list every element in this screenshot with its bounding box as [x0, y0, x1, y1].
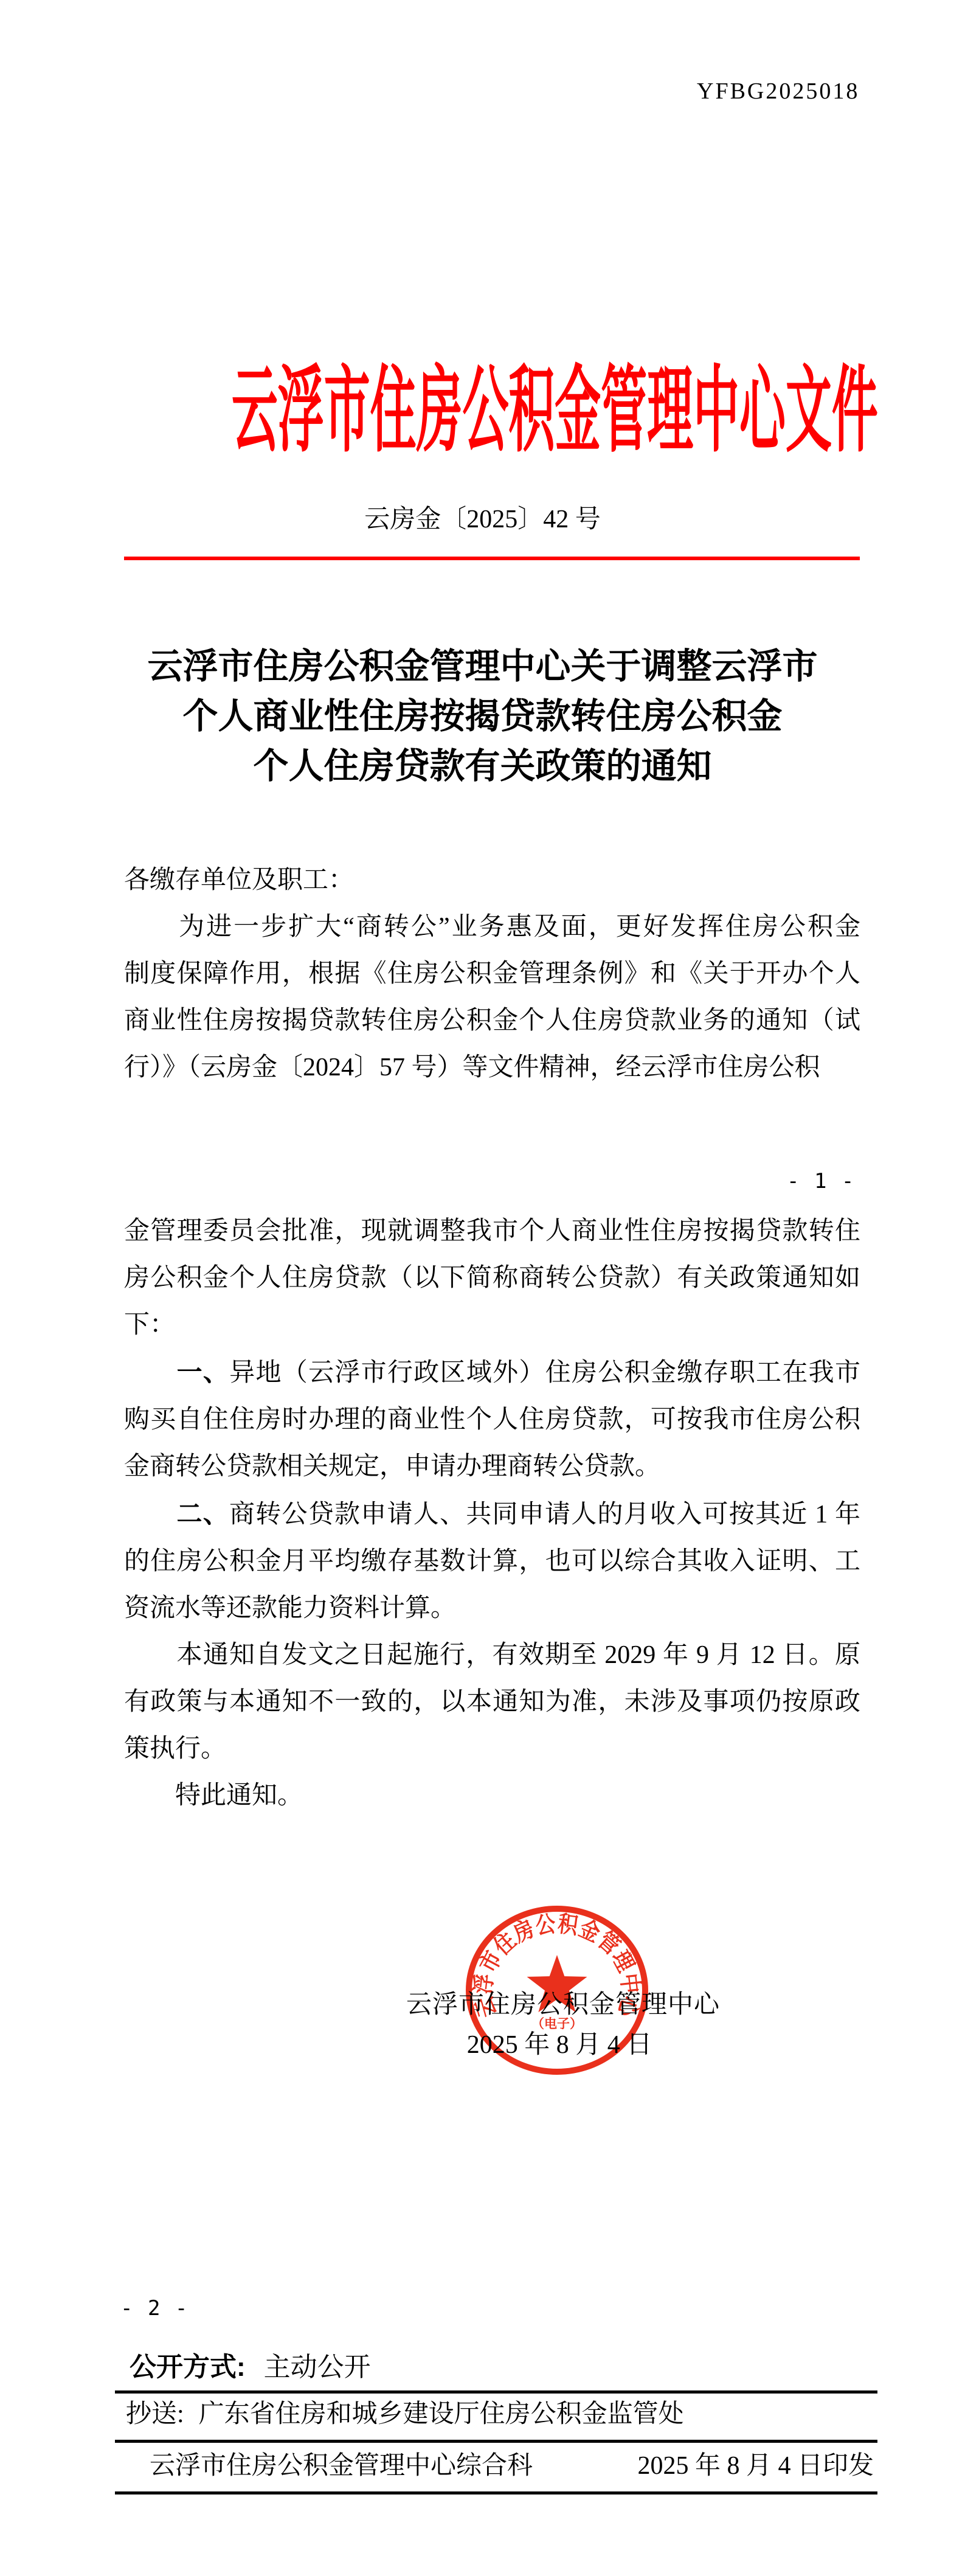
body-line: 金商转公贷款相关规定，申请办理商转公贷款。 [124, 1443, 860, 1490]
footer-rule-3 [115, 2491, 877, 2494]
publish-method-value: 主动公开 [264, 2352, 371, 2382]
body-line: 制度保障作用，根据《住房公积金管理条例》和《关于开办个人 [124, 951, 860, 998]
main-title-line-1: 云浮市住房公积金管理中心关于调整云浮市 [0, 642, 965, 692]
cc-label: 抄送: [126, 2400, 184, 2428]
red-header-title: 云浮市住房公积金管理中心文件 [232, 357, 733, 465]
doc-number: 云房金〔2025〕42 号 [0, 505, 965, 534]
footer-rule-2 [115, 2440, 877, 2443]
footer-publish-row: 公开方式:主动公开 [130, 2352, 371, 2383]
body-line: 房公积金个人住房贷款（以下简称商转公贷款）有关政策通知如 [124, 1255, 860, 1302]
body-line: 行）》（云房金〔2024〕57 号）等文件精神，经云浮市住房公积 [124, 1044, 860, 1091]
body-text-page1: 各缴存单位及职工： 为进一步扩大“商转公”业务惠及面，更好发挥住房公积金制度保障… [124, 857, 860, 1091]
print-date: 2025 年 8 月 4 日印发 [637, 2450, 874, 2482]
page-number-1: - 1 - [787, 1169, 855, 1193]
footer-cc-row: 抄送:广东省住房和城乡建设厅住房公积金监管处 [126, 2398, 684, 2430]
body-line: 下： [124, 1302, 860, 1349]
signature-date: 2025 年 8 月 4 日 [426, 2024, 693, 2061]
footer-rule-1 [115, 2390, 877, 2394]
footer-issuer-row: 云浮市住房公积金管理中心综合科2025 年 8 月 4 日印发 [115, 2450, 877, 2482]
body-line: 二、商转公贷款申请人、共同申请人的月收入可按其近 1 年 [124, 1490, 860, 1538]
body-line: 资流水等还款能力资料计算。 [124, 1585, 860, 1632]
publish-method-label: 公开方式: [130, 2352, 246, 2382]
body-line: 各缴存单位及职工： [124, 857, 860, 904]
cc-value: 广东省住房和城乡建设厅住房公积金监管处 [199, 2400, 684, 2428]
signature-org: 云浮市住房公积金管理中心 [406, 1984, 720, 2021]
red-divider-rule [124, 557, 860, 560]
official-document-page: YFBG2025018 云浮市住房公积金管理中心文件 云房金〔2025〕42 号… [0, 0, 965, 2576]
issuer-name: 云浮市住房公积金管理中心综合科 [150, 2450, 533, 2482]
body-line: 为进一步扩大“商转公”业务惠及面，更好发挥住房公积金 [124, 904, 860, 951]
body-line: 的住房公积金月平均缴存基数计算，也可以综合其收入证明、工 [124, 1538, 860, 1585]
body-line: 策执行。 [124, 1726, 860, 1772]
body-line: 特此通知。 [124, 1772, 860, 1819]
body-line: 一、异地（云浮市行政区域外）住房公积金缴存职工在我市 [124, 1349, 860, 1397]
body-text-page2: 金管理委员会批准，现就调整我市个人商业性住房按揭贷款转住房公积金个人住房贷款（以… [124, 1208, 860, 1819]
page-number-2: - 2 - [120, 2296, 189, 2321]
body-line: 有政策与本通知不一致的，以本通知为准，未涉及事项仍按原政 [124, 1679, 860, 1726]
body-line: 本通知自发文之日起施行，有效期至 2029 年 9 月 12 日。原 [124, 1632, 860, 1679]
main-title: 云浮市住房公积金管理中心关于调整云浮市 个人商业性住房按揭贷款转住房公积金 个人… [0, 642, 965, 791]
body-line: 金管理委员会批准，现就调整我市个人商业性住房按揭贷款转住 [124, 1208, 860, 1255]
body-line: 商业性住房按揭贷款转住房公积金个人住房贷款业务的通知（试 [124, 998, 860, 1044]
body-line: 购买自住住房时办理的商业性个人住房贷款，可按我市住房公积 [124, 1397, 860, 1443]
main-title-line-3: 个人住房贷款有关政策的通知 [0, 741, 965, 791]
main-title-line-2: 个人商业性住房按揭贷款转住房公积金 [0, 692, 965, 741]
doc-code: YFBG2025018 [697, 78, 859, 105]
